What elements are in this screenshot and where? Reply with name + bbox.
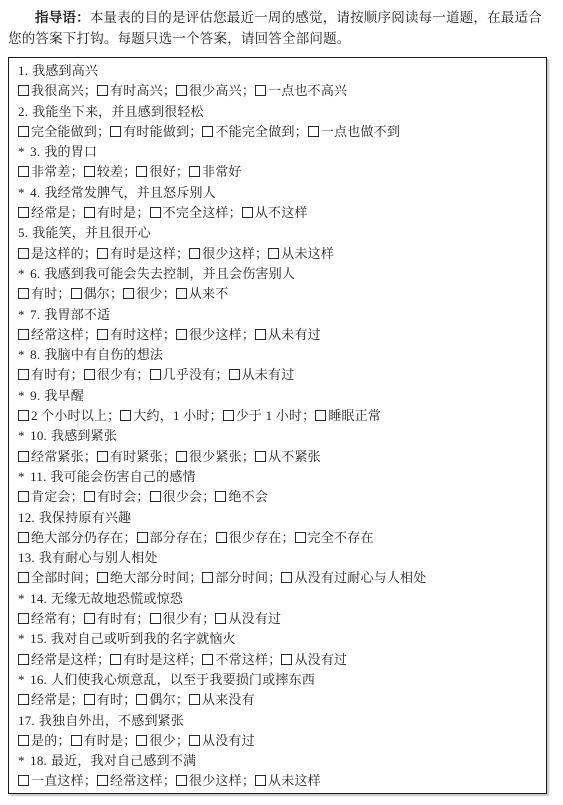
checkbox-icon[interactable] bbox=[18, 451, 29, 462]
option-label: 有时有 bbox=[97, 611, 137, 626]
answer-option[interactable]: 经常这样 bbox=[18, 327, 84, 342]
answer-option[interactable]: 从来不 bbox=[176, 286, 229, 301]
answer-option[interactable]: 不完全这样 bbox=[150, 205, 229, 220]
answer-option[interactable]: 很少紧张 bbox=[176, 449, 242, 464]
checkbox-icon[interactable] bbox=[18, 207, 29, 218]
option-label: 有时会 bbox=[97, 489, 137, 504]
question-options: 是这样的；有时是这样；很少这样；从未这样 bbox=[18, 244, 540, 264]
checkbox-icon[interactable] bbox=[71, 288, 82, 299]
checkbox-icon[interactable] bbox=[18, 369, 29, 380]
checkbox-icon[interactable] bbox=[176, 329, 187, 340]
option-label: 很少 bbox=[136, 286, 162, 301]
answer-option[interactable]: 是的 bbox=[18, 733, 57, 748]
option-separator: ； bbox=[163, 773, 176, 788]
option-separator: ； bbox=[163, 449, 176, 464]
asterisk-marker: * bbox=[18, 672, 25, 687]
checkbox-icon[interactable] bbox=[136, 694, 147, 705]
answer-option[interactable]: 绝不会 bbox=[215, 489, 268, 504]
checkbox-icon[interactable] bbox=[84, 369, 95, 380]
question: * 4.我经常发脾气，并且怒斥别人经常是；有时是；不完全这样；从不这样 bbox=[18, 183, 540, 224]
question-options: 肯定会；有时会；很少会；绝不会 bbox=[18, 487, 540, 507]
option-label: 从来没有 bbox=[202, 692, 255, 707]
checkbox-icon[interactable] bbox=[295, 532, 306, 543]
option-label: 经常紧张 bbox=[31, 449, 84, 464]
option-separator: ； bbox=[136, 611, 149, 626]
question-options: 经常有；有时有；很少有；从没有过 bbox=[18, 609, 540, 629]
answer-option[interactable]: 有时是 bbox=[84, 205, 137, 220]
asterisk-marker: * bbox=[18, 631, 25, 646]
answer-option[interactable]: 从未有过 bbox=[255, 327, 321, 342]
question: 17.我独自外出，不感到紧张是的；有时是；很少；从没有过 bbox=[18, 711, 540, 752]
answer-option[interactable]: 从未有过 bbox=[229, 367, 295, 382]
checkbox-icon[interactable] bbox=[202, 572, 213, 583]
option-label: 很少存在 bbox=[229, 530, 282, 545]
answer-option[interactable]: 偶尔 bbox=[136, 692, 175, 707]
answer-option[interactable]: 肯定会 bbox=[18, 489, 71, 504]
checkbox-icon[interactable] bbox=[150, 207, 161, 218]
question-title-text: 我的胃口 bbox=[44, 144, 97, 159]
option-label: 完全能做到 bbox=[31, 124, 97, 139]
option-label: 从没有过耐心与人相处 bbox=[294, 570, 426, 585]
option-label: 有时能做到 bbox=[123, 124, 189, 139]
checkbox-icon[interactable] bbox=[84, 166, 95, 177]
option-separator: ； bbox=[242, 773, 255, 788]
question: * 9.我早醒2 个小时以上；大约，1 小时；少于 1 小时；睡眠正常 bbox=[18, 386, 540, 427]
checkbox-icon[interactable] bbox=[281, 654, 292, 665]
checkbox-icon[interactable] bbox=[137, 532, 148, 543]
option-label: 有时是 bbox=[84, 733, 124, 748]
question: 13.我有耐心与别人相处全部时间；绝大部分时间；部分时间；从没有过耐心与人相处 bbox=[18, 548, 540, 589]
answer-option[interactable]: 经常是 bbox=[18, 692, 71, 707]
question-title: * 14.无缘无故地恐慌或惊恐 bbox=[18, 589, 540, 609]
answer-option[interactable]: 偶尔 bbox=[71, 286, 110, 301]
answer-option[interactable]: 部分存在 bbox=[137, 530, 203, 545]
option-label: 从没有过 bbox=[294, 652, 347, 667]
asterisk-marker: * bbox=[18, 347, 25, 362]
option-label: 从未有过 bbox=[268, 327, 321, 342]
checkbox-icon[interactable] bbox=[97, 248, 108, 259]
question: * 16.人们使我心烦意乱，以至于我要损门或摔东西经常是；有时；偶尔；从来没有 bbox=[18, 670, 540, 711]
option-label: 经常这样 bbox=[110, 773, 163, 788]
checkbox-icon[interactable] bbox=[18, 654, 29, 665]
option-label: 部分时间 bbox=[215, 570, 268, 585]
answer-option[interactable]: 不能完全做到 bbox=[202, 124, 294, 139]
option-label: 有时 bbox=[31, 286, 57, 301]
answer-option[interactable]: 有时 bbox=[18, 286, 57, 301]
answer-option[interactable]: 有时是这样 bbox=[97, 246, 176, 261]
option-separator: ； bbox=[84, 773, 97, 788]
answer-option[interactable]: 经常是这样 bbox=[18, 652, 97, 667]
option-label: 很少紧张 bbox=[189, 449, 242, 464]
question-title: * 6.我感到我可能会失去控制，并且会伤害别人 bbox=[18, 264, 540, 284]
question-options: 经常是；有时是；不完全这样；从不这样 bbox=[18, 203, 540, 223]
answer-option[interactable]: 从未这样 bbox=[268, 246, 334, 261]
asterisk-marker: * bbox=[18, 753, 25, 768]
question-options: 经常紧张；有时紧张；很少紧张；从不紧张 bbox=[18, 447, 540, 467]
question-number: 3. bbox=[30, 144, 40, 159]
answer-option[interactable]: 我很高兴 bbox=[18, 83, 84, 98]
answer-option[interactable]: 有时有 bbox=[18, 367, 71, 382]
checkbox-icon[interactable] bbox=[97, 572, 108, 583]
answer-option[interactable]: 很少 bbox=[123, 286, 162, 301]
checkbox-icon[interactable] bbox=[176, 775, 187, 786]
checkbox-icon[interactable] bbox=[18, 288, 29, 299]
checkbox-icon[interactable] bbox=[18, 572, 29, 583]
answer-option[interactable]: 从没有过 bbox=[281, 652, 347, 667]
question-title-text: 我感到高兴 bbox=[32, 63, 98, 78]
option-label: 全部时间 bbox=[31, 570, 84, 585]
question-title-text: 人们使我心烦意乱，以至于我要损门或摔东西 bbox=[51, 672, 315, 687]
question-options: 绝大部分仍存在；部分存在；很少存在；完全不存在 bbox=[18, 528, 540, 548]
option-separator: ； bbox=[136, 367, 149, 382]
question: * 6.我感到我可能会失去控制，并且会伤害别人有时；偶尔；很少；从来不 bbox=[18, 264, 540, 305]
question: * 7.我胃部不适经常这样；有时这样；很少这样；从未有过 bbox=[18, 305, 540, 346]
answer-option[interactable]: 非常好 bbox=[189, 164, 242, 179]
checkbox-icon[interactable] bbox=[18, 532, 29, 543]
question-title: 2.我能坐下来，并且感到很轻松 bbox=[18, 102, 540, 122]
checkbox-icon[interactable] bbox=[120, 410, 131, 421]
answer-option[interactable]: 经常这样 bbox=[97, 773, 163, 788]
option-separator: ； bbox=[268, 570, 281, 585]
checkbox-icon[interactable] bbox=[202, 654, 213, 665]
questionnaire-page: 指导语：本量表的目的是评估您最近一周的感觉，请按顺序阅读每一道题，在最适合您的答… bbox=[0, 0, 563, 805]
answer-option[interactable]: 很少高兴 bbox=[176, 83, 242, 98]
option-separator: ； bbox=[268, 652, 281, 667]
option-separator: ； bbox=[97, 652, 110, 667]
answer-option[interactable]: 一点也不高兴 bbox=[255, 83, 347, 98]
checkbox-icon[interactable] bbox=[215, 491, 226, 502]
answer-option[interactable]: 完全能做到 bbox=[18, 124, 97, 139]
answer-option[interactable]: 部分时间 bbox=[202, 570, 268, 585]
option-label: 是这样的 bbox=[31, 246, 84, 261]
answer-option[interactable]: 有时是 bbox=[71, 733, 124, 748]
answer-option[interactable]: 2 个小时以上 bbox=[18, 408, 107, 423]
question-number: 12. bbox=[18, 510, 35, 525]
option-label: 非常差 bbox=[31, 164, 71, 179]
option-separator: ； bbox=[71, 692, 84, 707]
question: 1.我感到高兴我很高兴；有时高兴；很少高兴；一点也不高兴 bbox=[18, 61, 540, 102]
option-separator: ； bbox=[229, 205, 242, 220]
checkbox-icon[interactable] bbox=[242, 207, 253, 218]
answer-option[interactable]: 有时能做到 bbox=[110, 124, 189, 139]
answer-option[interactable]: 睡眠正常 bbox=[315, 408, 381, 423]
answer-option[interactable]: 是这样的 bbox=[18, 246, 84, 261]
answer-option[interactable]: 不常这样 bbox=[202, 652, 268, 667]
question-title: * 18.最近，我对自己感到不满 bbox=[18, 751, 540, 771]
option-separator: ； bbox=[302, 408, 315, 423]
checkbox-icon[interactable] bbox=[229, 369, 240, 380]
option-label: 很少 bbox=[149, 733, 175, 748]
checkbox-icon[interactable] bbox=[176, 451, 187, 462]
option-label: 有时是这样 bbox=[110, 246, 176, 261]
answer-option[interactable]: 一直这样 bbox=[18, 773, 84, 788]
option-label: 不常这样 bbox=[215, 652, 268, 667]
answer-option[interactable]: 完全不存在 bbox=[295, 530, 374, 545]
answer-option[interactable]: 经常有 bbox=[18, 611, 71, 626]
option-label: 有时高兴 bbox=[110, 83, 163, 98]
checkbox-icon[interactable] bbox=[18, 410, 29, 421]
option-label: 经常是这样 bbox=[31, 652, 97, 667]
answer-option[interactable]: 很少有 bbox=[84, 367, 137, 382]
option-separator: ； bbox=[97, 124, 110, 139]
option-separator: ； bbox=[71, 205, 84, 220]
option-separator: ； bbox=[242, 449, 255, 464]
answer-option[interactable]: 大约，1 小时 bbox=[120, 408, 209, 423]
checkbox-icon[interactable] bbox=[150, 491, 161, 502]
question-options: 全部时间；绝大部分时间；部分时间；从没有过耐心与人相处 bbox=[18, 568, 540, 588]
option-separator: ； bbox=[107, 408, 120, 423]
answer-option[interactable]: 绝大部分时间 bbox=[97, 570, 189, 585]
checkbox-icon[interactable] bbox=[84, 613, 95, 624]
answer-option[interactable]: 有时有 bbox=[84, 611, 137, 626]
option-label: 部分存在 bbox=[150, 530, 203, 545]
option-separator: ； bbox=[176, 733, 189, 748]
checkbox-icon[interactable] bbox=[268, 248, 279, 259]
checkbox-icon[interactable] bbox=[176, 288, 187, 299]
checkbox-icon[interactable] bbox=[202, 126, 213, 137]
option-label: 绝大部分时间 bbox=[110, 570, 189, 585]
option-separator: ； bbox=[210, 408, 223, 423]
question-title: * 4.我经常发脾气，并且怒斥别人 bbox=[18, 183, 540, 203]
question-title: * 11.我可能会伤害自己的感情 bbox=[18, 467, 540, 487]
question-title: * 9.我早醒 bbox=[18, 386, 540, 406]
question-options: 是的；有时是；很少；从没有过 bbox=[18, 731, 540, 751]
answer-option[interactable]: 有时这样 bbox=[97, 327, 163, 342]
checkbox-icon[interactable] bbox=[18, 775, 29, 786]
question-options: 完全能做到；有时能做到；不能完全做到；一点也做不到 bbox=[18, 122, 540, 142]
option-separator: ； bbox=[123, 164, 136, 179]
question-options: 我很高兴；有时高兴；很少高兴；一点也不高兴 bbox=[18, 81, 540, 101]
option-separator: ； bbox=[242, 83, 255, 98]
asterisk-marker: * bbox=[18, 266, 25, 281]
checkbox-icon[interactable] bbox=[18, 85, 29, 96]
question: * 18.最近，我对自己感到不满一直这样；经常这样；很少这样；从未这样 bbox=[18, 751, 540, 792]
question-title-text: 我能笑，并且很开心 bbox=[32, 225, 151, 240]
answer-option[interactable]: 从未这样 bbox=[255, 773, 321, 788]
option-label: 很少这样 bbox=[202, 246, 255, 261]
question: 12.我保持原有兴趣绝大部分仍存在；部分存在；很少存在；完全不存在 bbox=[18, 508, 540, 549]
option-label: 有时紧张 bbox=[110, 449, 163, 464]
checkbox-icon[interactable] bbox=[255, 329, 266, 340]
checkbox-icon[interactable] bbox=[123, 288, 134, 299]
answer-option[interactable]: 几乎没有 bbox=[150, 367, 216, 382]
answer-option[interactable]: 很少这样 bbox=[176, 327, 242, 342]
checkbox-icon[interactable] bbox=[84, 207, 95, 218]
option-label: 2 个小时以上 bbox=[31, 408, 107, 423]
question-options: 经常是这样；有时是这样；不常这样；从没有过 bbox=[18, 650, 540, 670]
question-options: 经常是；有时；偶尔；从来没有 bbox=[18, 690, 540, 710]
question-number: 8. bbox=[30, 347, 40, 362]
checkbox-icon[interactable] bbox=[281, 572, 292, 583]
answer-option[interactable]: 经常紧张 bbox=[18, 449, 84, 464]
answer-option[interactable]: 非常差 bbox=[18, 164, 71, 179]
checkbox-icon[interactable] bbox=[189, 735, 200, 746]
option-separator: ； bbox=[242, 327, 255, 342]
question-number: 16. bbox=[30, 672, 47, 687]
option-separator: ； bbox=[123, 692, 136, 707]
answer-option[interactable]: 有时高兴 bbox=[97, 83, 163, 98]
answer-option[interactable]: 很少存在 bbox=[216, 530, 282, 545]
question-title: 1.我感到高兴 bbox=[18, 61, 540, 81]
option-separator: ； bbox=[295, 124, 308, 139]
checkbox-icon[interactable] bbox=[18, 329, 29, 340]
checkbox-icon[interactable] bbox=[97, 85, 108, 96]
checkbox-icon[interactable] bbox=[18, 694, 29, 705]
checkbox-icon[interactable] bbox=[308, 126, 319, 137]
option-label: 很少这样 bbox=[189, 773, 242, 788]
answer-option[interactable]: 经常是 bbox=[18, 205, 71, 220]
question-options: 一直这样；经常这样；很少这样；从未这样 bbox=[18, 771, 540, 791]
checkbox-icon[interactable] bbox=[189, 694, 200, 705]
option-separator: ； bbox=[176, 692, 189, 707]
option-separator: ； bbox=[84, 246, 97, 261]
checkbox-icon[interactable] bbox=[223, 410, 234, 421]
option-separator: ； bbox=[71, 367, 84, 382]
question-number: 18. bbox=[30, 753, 47, 768]
question-title-text: 我脑中有自伤的想法 bbox=[44, 347, 163, 362]
checkbox-icon[interactable] bbox=[255, 85, 266, 96]
option-label: 很少这样 bbox=[189, 327, 242, 342]
option-separator: ； bbox=[57, 733, 70, 748]
question-options: 有时；偶尔；很少；从来不 bbox=[18, 284, 540, 304]
checkbox-icon[interactable] bbox=[150, 613, 161, 624]
option-label: 偶尔 bbox=[84, 286, 110, 301]
question-number: 4. bbox=[30, 185, 40, 200]
answer-option[interactable]: 从不这样 bbox=[242, 205, 308, 220]
question-title: * 8.我脑中有自伤的想法 bbox=[18, 345, 540, 365]
answer-option[interactable]: 很少 bbox=[136, 733, 175, 748]
answer-option[interactable]: 有时 bbox=[84, 692, 123, 707]
question-title: * 7.我胃部不适 bbox=[18, 305, 540, 325]
question-title: 12.我保持原有兴趣 bbox=[18, 508, 540, 528]
checkbox-icon[interactable] bbox=[255, 775, 266, 786]
checkbox-icon[interactable] bbox=[315, 410, 326, 421]
option-label: 一点也做不到 bbox=[321, 124, 400, 139]
question-title: 5.我能笑，并且很开心 bbox=[18, 223, 540, 243]
answer-option[interactable]: 从没有过耐心与人相处 bbox=[281, 570, 426, 585]
option-separator: ； bbox=[123, 530, 136, 545]
checkbox-icon[interactable] bbox=[97, 329, 108, 340]
checkbox-icon[interactable] bbox=[18, 491, 29, 502]
option-separator: ； bbox=[136, 489, 149, 504]
question-title: * 15.我对自己或听到我的名字就恼火 bbox=[18, 629, 540, 649]
option-separator: ； bbox=[57, 286, 70, 301]
checkbox-icon[interactable] bbox=[189, 248, 200, 259]
checkbox-icon[interactable] bbox=[150, 369, 161, 380]
answer-option[interactable]: 有时紧张 bbox=[97, 449, 163, 464]
question-title-text: 我能坐下来，并且感到很轻松 bbox=[32, 104, 204, 119]
answer-option[interactable]: 一点也做不到 bbox=[308, 124, 400, 139]
checkbox-icon[interactable] bbox=[97, 775, 108, 786]
answer-option[interactable]: 很好 bbox=[136, 164, 175, 179]
checkbox-icon[interactable] bbox=[71, 735, 82, 746]
question-title-text: 最近，我对自己感到不满 bbox=[51, 753, 196, 768]
option-label: 非常好 bbox=[202, 164, 242, 179]
question-number: 9. bbox=[30, 388, 40, 403]
question-number: 15. bbox=[30, 631, 47, 646]
option-label: 完全不存在 bbox=[308, 530, 374, 545]
option-label: 绝大部分仍存在 bbox=[31, 530, 123, 545]
question-title: * 10.我感到紧张 bbox=[18, 426, 540, 446]
question: * 15.我对自己或听到我的名字就恼火经常是这样；有时是这样；不常这样；从没有过 bbox=[18, 629, 540, 670]
checkbox-icon[interactable] bbox=[176, 85, 187, 96]
option-separator: ； bbox=[189, 124, 202, 139]
checkbox-icon[interactable] bbox=[18, 166, 29, 177]
checkbox-icon[interactable] bbox=[84, 694, 95, 705]
checkbox-icon[interactable] bbox=[110, 126, 121, 137]
checkbox-icon[interactable] bbox=[136, 166, 147, 177]
checkbox-icon[interactable] bbox=[18, 126, 29, 137]
question: * 14.无缘无故地恐慌或惊恐经常有；有时有；很少有；从没有过 bbox=[18, 589, 540, 630]
question-title-text: 我有耐心与别人相处 bbox=[39, 550, 158, 565]
option-separator: ； bbox=[163, 286, 176, 301]
answer-option[interactable]: 有时会 bbox=[84, 489, 137, 504]
option-separator: ； bbox=[163, 327, 176, 342]
checkbox-icon[interactable] bbox=[189, 166, 200, 177]
checkbox-icon[interactable] bbox=[18, 735, 29, 746]
question: 2.我能坐下来，并且感到很轻松完全能做到；有时能做到；不能完全做到；一点也做不到 bbox=[18, 102, 540, 143]
answer-option[interactable]: 有时是这样 bbox=[110, 652, 189, 667]
option-separator: ； bbox=[110, 286, 123, 301]
checkbox-icon[interactable] bbox=[136, 735, 147, 746]
option-label: 一直这样 bbox=[31, 773, 84, 788]
option-label: 大约，1 小时 bbox=[133, 408, 209, 423]
answer-option[interactable]: 绝大部分仍存在 bbox=[18, 530, 123, 545]
checkbox-icon[interactable] bbox=[84, 491, 95, 502]
asterisk-marker: * bbox=[18, 591, 25, 606]
answer-option[interactable]: 从没有过 bbox=[215, 611, 281, 626]
question-title-text: 我感到紧张 bbox=[51, 428, 117, 443]
question-number: 10. bbox=[30, 428, 47, 443]
answer-option[interactable]: 从不紧张 bbox=[255, 449, 321, 464]
question: 5.我能笑，并且很开心是这样的；有时是这样；很少这样；从未这样 bbox=[18, 223, 540, 264]
checkbox-icon[interactable] bbox=[255, 451, 266, 462]
option-label: 不能完全做到 bbox=[215, 124, 294, 139]
option-label: 有时是这样 bbox=[123, 652, 189, 667]
checkbox-icon[interactable] bbox=[97, 451, 108, 462]
answer-option[interactable]: 很少会 bbox=[150, 489, 203, 504]
question-title-text: 我经常发脾气，并且怒斥别人 bbox=[44, 185, 216, 200]
option-label: 经常是 bbox=[31, 205, 71, 220]
answer-option[interactable]: 较差 bbox=[84, 164, 123, 179]
checkbox-icon[interactable] bbox=[216, 532, 227, 543]
option-separator: ； bbox=[189, 652, 202, 667]
answer-option[interactable]: 很少有 bbox=[150, 611, 203, 626]
answer-option[interactable]: 很少这样 bbox=[189, 246, 255, 261]
option-label: 从没有过 bbox=[228, 611, 281, 626]
option-label: 绝不会 bbox=[228, 489, 268, 504]
option-label: 有时有 bbox=[31, 367, 71, 382]
checkbox-icon[interactable] bbox=[18, 613, 29, 624]
option-separator: ； bbox=[84, 83, 97, 98]
answer-option[interactable]: 很少这样 bbox=[176, 773, 242, 788]
asterisk-marker: * bbox=[18, 469, 25, 484]
option-label: 从未这样 bbox=[268, 773, 321, 788]
option-separator: ； bbox=[71, 611, 84, 626]
option-label: 少于 1 小时 bbox=[236, 408, 302, 423]
answer-option[interactable]: 从来没有 bbox=[189, 692, 255, 707]
option-separator: ； bbox=[136, 205, 149, 220]
checkbox-icon[interactable] bbox=[18, 248, 29, 259]
answer-option[interactable]: 全部时间 bbox=[18, 570, 84, 585]
checkbox-icon[interactable] bbox=[110, 654, 121, 665]
checkbox-icon[interactable] bbox=[215, 613, 226, 624]
answer-option[interactable]: 从没有过 bbox=[189, 733, 255, 748]
option-label: 我很高兴 bbox=[31, 83, 84, 98]
answer-option[interactable]: 少于 1 小时 bbox=[223, 408, 302, 423]
option-label: 经常有 bbox=[31, 611, 71, 626]
question: * 3.我的胃口非常差；较差；很好；非常好 bbox=[18, 142, 540, 183]
